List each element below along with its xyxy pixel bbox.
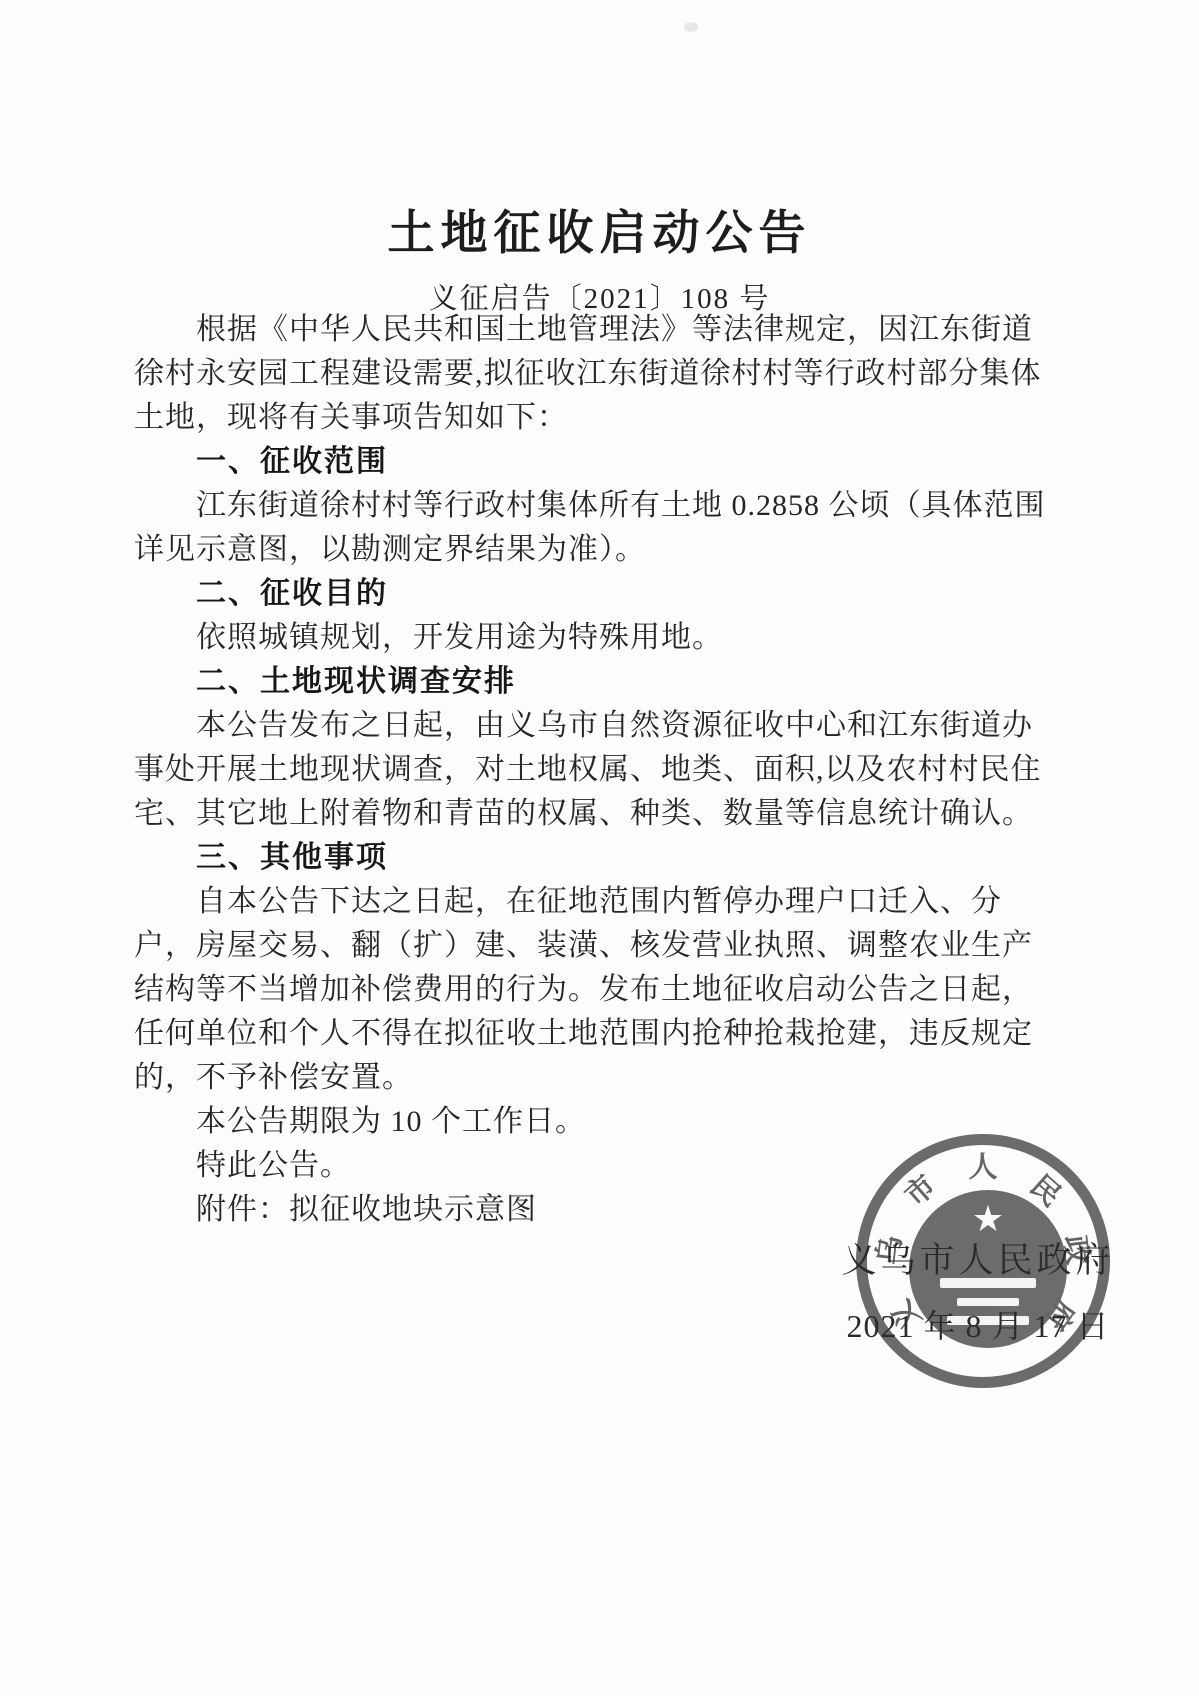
document-line: 事处开展土地现状调查，对土地权属、地类、面积,以及农村村民住 [134,748,1074,792]
signature-date: 2021 年 8 月 17 日 [798,1301,1158,1347]
document-line: 结构等不当增加补偿费用的行为。发布土地征收启动公告之日起， [134,968,1074,1012]
signature-organization: 义乌市人民政府 [823,1233,1133,1283]
document-body: 根据《中华人民共和国土地管理法》等法律规定，因江东街道徐村永安园工程建设需要,拟… [134,308,1074,1232]
seal-ring-char: 人 [968,1145,997,1186]
document-line: 江东街道徐村村等行政村集体所有土地 0.2858 公顷（具体范围 [134,484,1074,528]
document-line: 宅、其它地上附着物和青苗的权属、种类、数量等信息统计确认。 [134,792,1074,836]
document-line: 本公告发布之日起，由义乌市自然资源征收中心和江东街道办 [134,704,1074,748]
document-line: 徐村永安园工程建设需要,拟征收江东街道徐村村等行政村部分集体 [134,352,1074,396]
document-line: 的，不予补偿安置。 [134,1056,1074,1100]
document-line: 依照城镇规划，开发用途为特殊用地。 [134,616,1074,660]
document-page: 土地征收启动公告 义征启告〔2021〕108 号 根据《中华人民共和国土地管理法… [0,0,1199,1696]
document-line: 详见示意图，以勘测定界结果为准）。 [134,528,1074,572]
document-line: 土地，现将有关事项告知如下： [134,396,1074,440]
document-line: 户，房屋交易、翻（扩）建、装潢、核发营业执照、调整农业生产 [134,924,1074,968]
section-heading: 一、征收范围 [134,440,1074,484]
section-heading: 三、其他事项 [134,836,1074,880]
document-line: 根据《中华人民共和国土地管理法》等法律规定，因江东街道 [134,308,1074,352]
document-line: 任何单位和个人不得在拟征收土地范围内抢种抢栽抢建，违反规定 [134,1012,1074,1056]
section-heading: 二、土地现状调查安排 [134,660,1074,704]
section-heading: 二、征收目的 [134,572,1074,616]
document-title: 土地征收启动公告 [0,196,1199,263]
scan-artifact [684,22,698,32]
document-line: 自本公告下达之日起，在征地范围内暂停办理户口迁入、分 [134,880,1074,924]
